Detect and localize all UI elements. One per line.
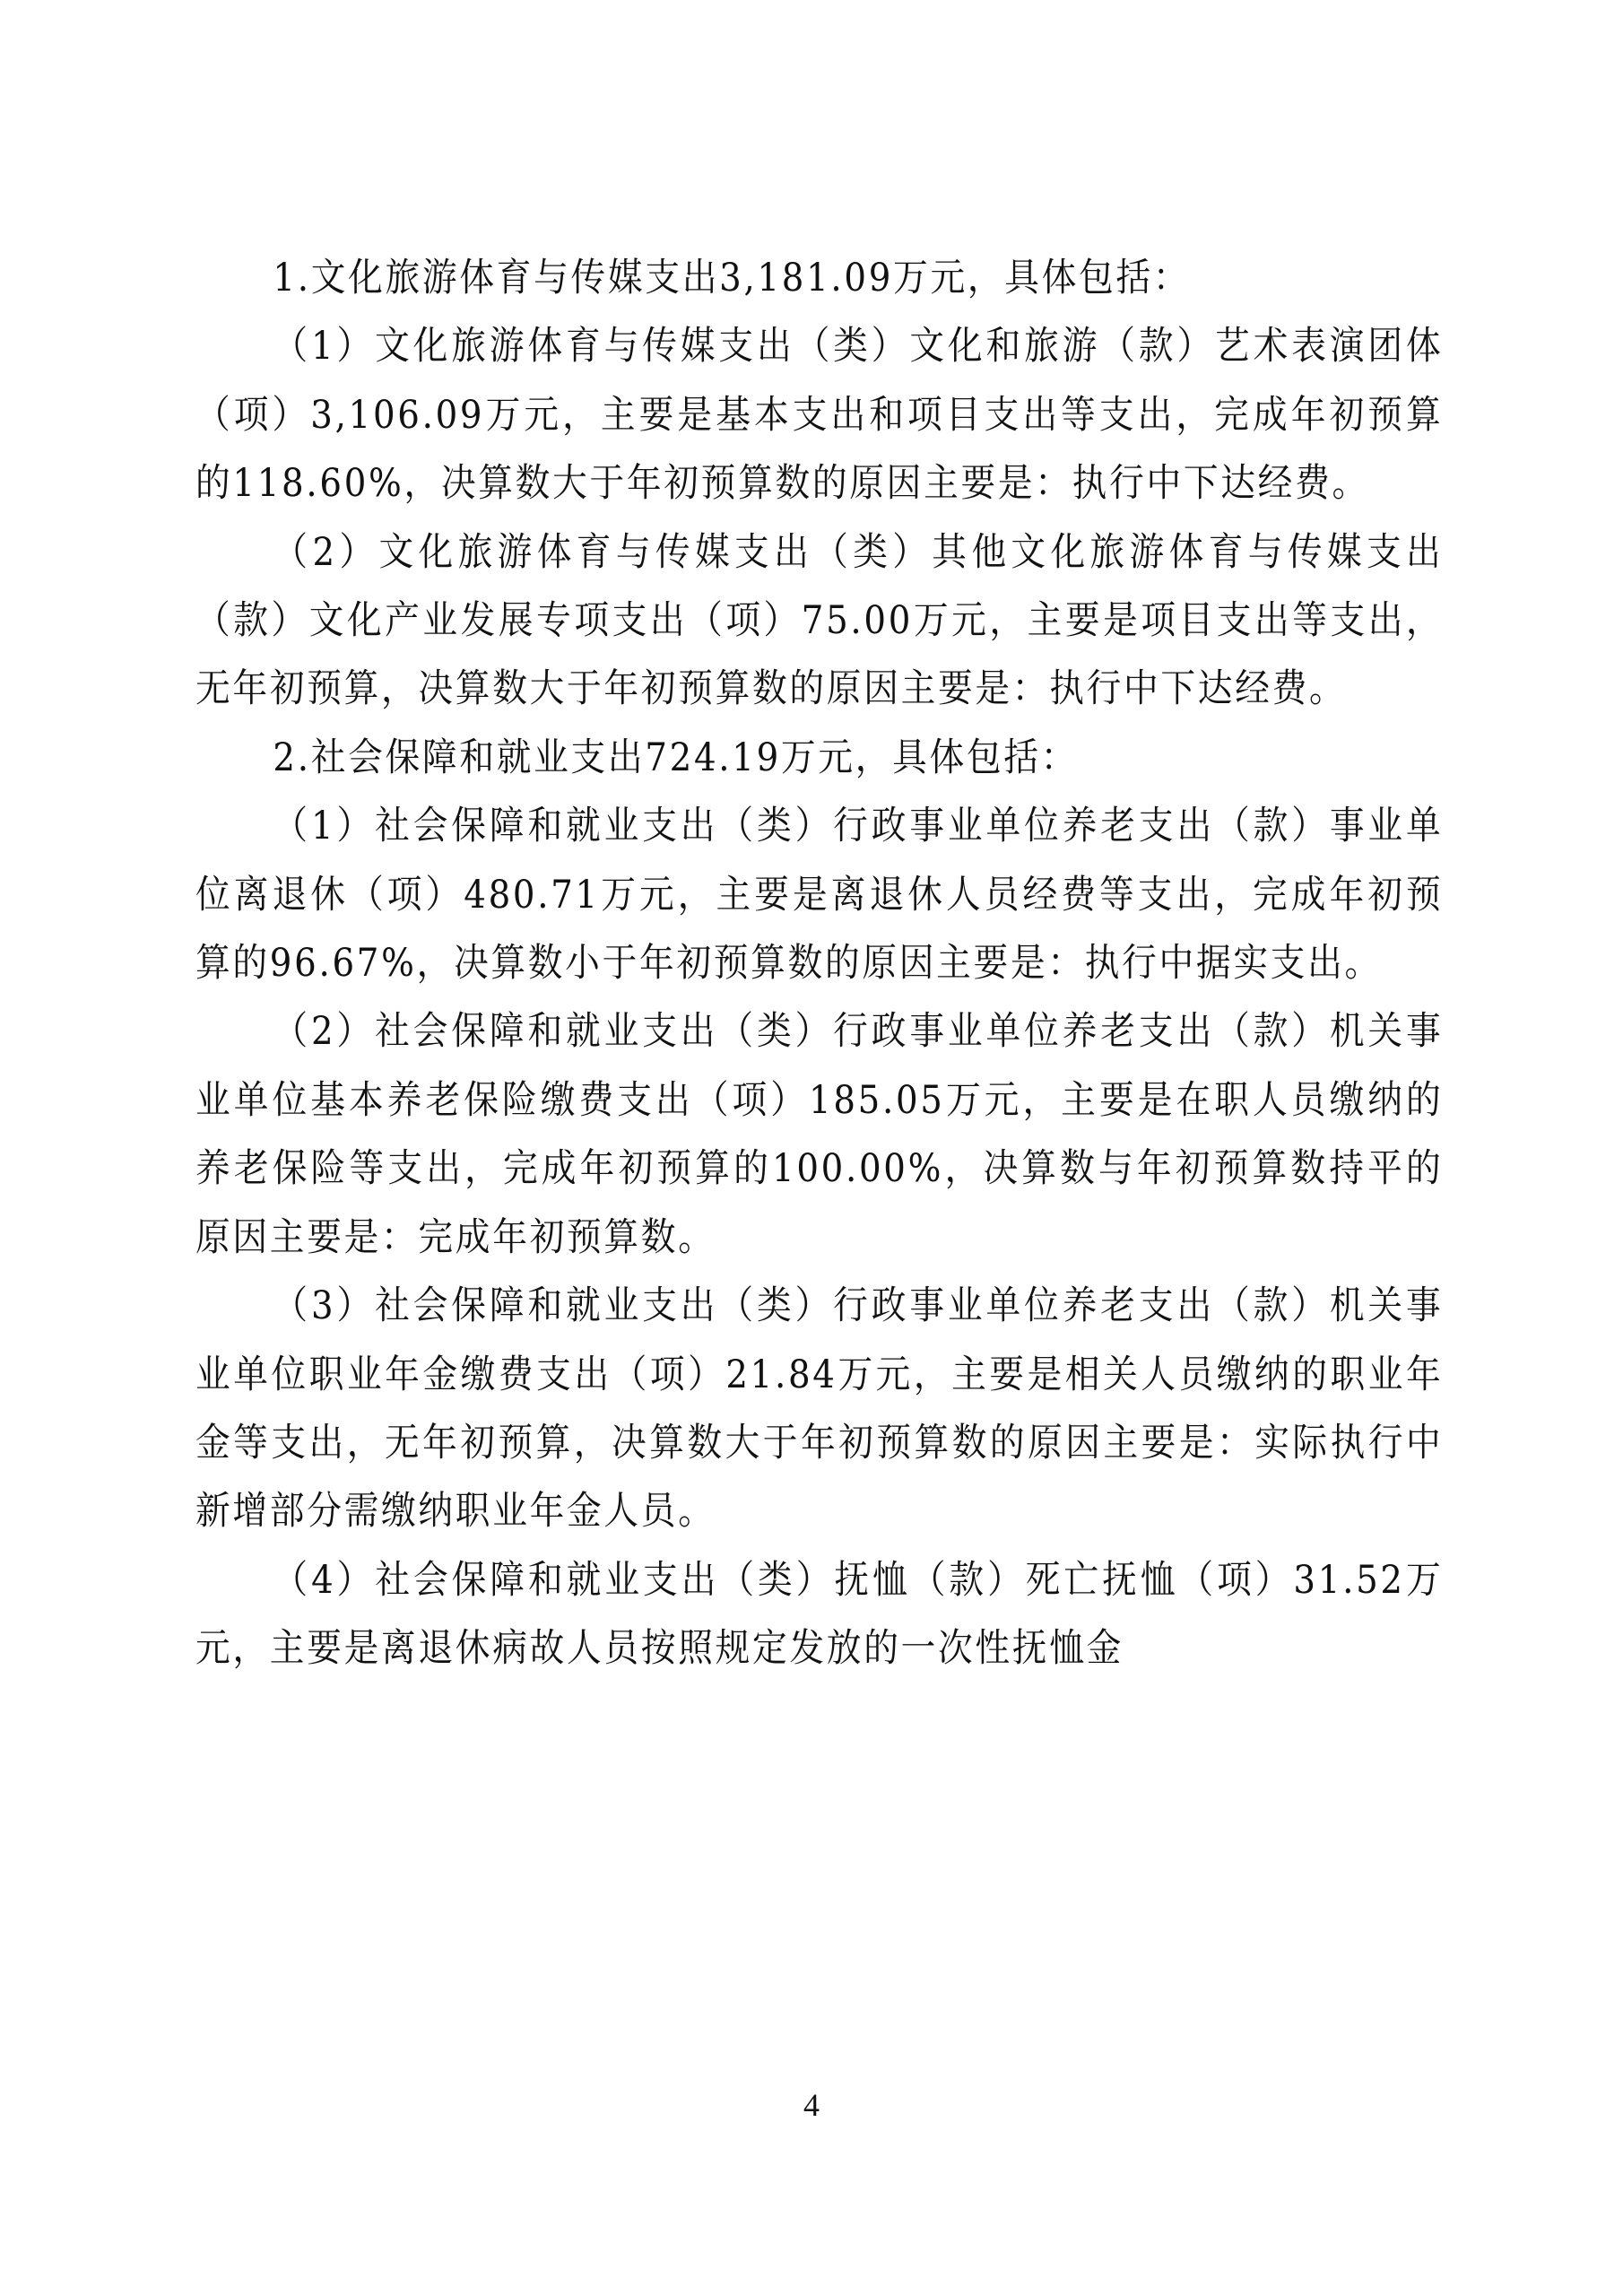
paragraph-social-security-item-4: （4）社会保障和就业支出（类）抚恤（款）死亡抚恤（项）31.52万元，主要是离退… [195,1546,1443,1683]
paragraph-culture-total: 1.文化旅游体育与传媒支出3,181.09万元，具体包括： [195,244,1443,312]
document-body: 1.文化旅游体育与传媒支出3,181.09万元，具体包括： （1）文化旅游体育与… [195,244,1444,1683]
paragraph-culture-item-2: （2）文化旅游体育与传媒支出（类）其他文化旅游体育与传媒支出（款）文化产业发展专… [195,518,1443,724]
paragraph-culture-item-1: （1）文化旅游体育与传媒支出（类）文化和旅游（款）艺术表演团体（项）3,106.… [195,312,1443,517]
paragraph-social-security-item-2: （2）社会保障和就业支出（类）行政事业单位养老支出（款）机关事业单位基本养老保险… [195,997,1443,1272]
page-number: 4 [0,2086,1623,2124]
paragraph-social-security-item-1: （1）社会保障和就业支出（类）行政事业单位养老支出（款）事业单位离退休（项）48… [195,792,1443,997]
paragraph-social-security-item-3: （3）社会保障和就业支出（类）行政事业单位养老支出（款）机关事业单位职业年金缴费… [195,1272,1443,1546]
paragraph-social-security-total: 2.社会保障和就业支出724.19万元，具体包括： [195,724,1443,792]
